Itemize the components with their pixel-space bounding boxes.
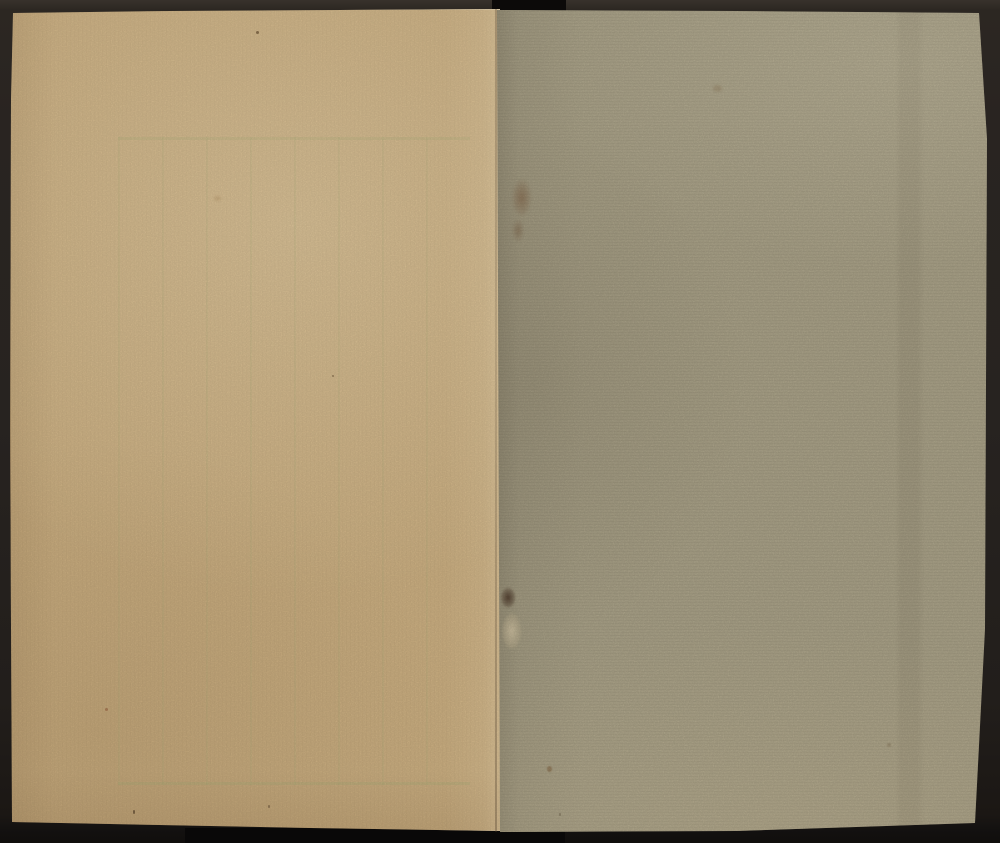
bleedthrough-ruled-columns xyxy=(118,137,470,785)
ink-tick-mark xyxy=(133,810,135,814)
fox-spot xyxy=(332,375,334,377)
paper-grain-texture xyxy=(497,9,988,834)
fox-spot xyxy=(887,743,891,747)
binding-gap-shadow-top xyxy=(492,0,566,11)
fox-spot xyxy=(256,31,259,34)
left-page-blank xyxy=(10,9,500,831)
right-page-blank xyxy=(497,9,988,834)
gutter-stain-upper xyxy=(503,167,539,263)
gutter-fold-line xyxy=(495,9,497,832)
paper-grain-texture xyxy=(10,9,500,831)
book-scan xyxy=(0,0,1000,843)
ink-tick-mark xyxy=(559,813,561,816)
faint-smudge xyxy=(713,85,722,92)
fox-spot xyxy=(105,708,108,711)
ink-tick-mark xyxy=(268,805,270,808)
fox-spot xyxy=(547,766,552,772)
faint-smudge xyxy=(214,196,221,201)
